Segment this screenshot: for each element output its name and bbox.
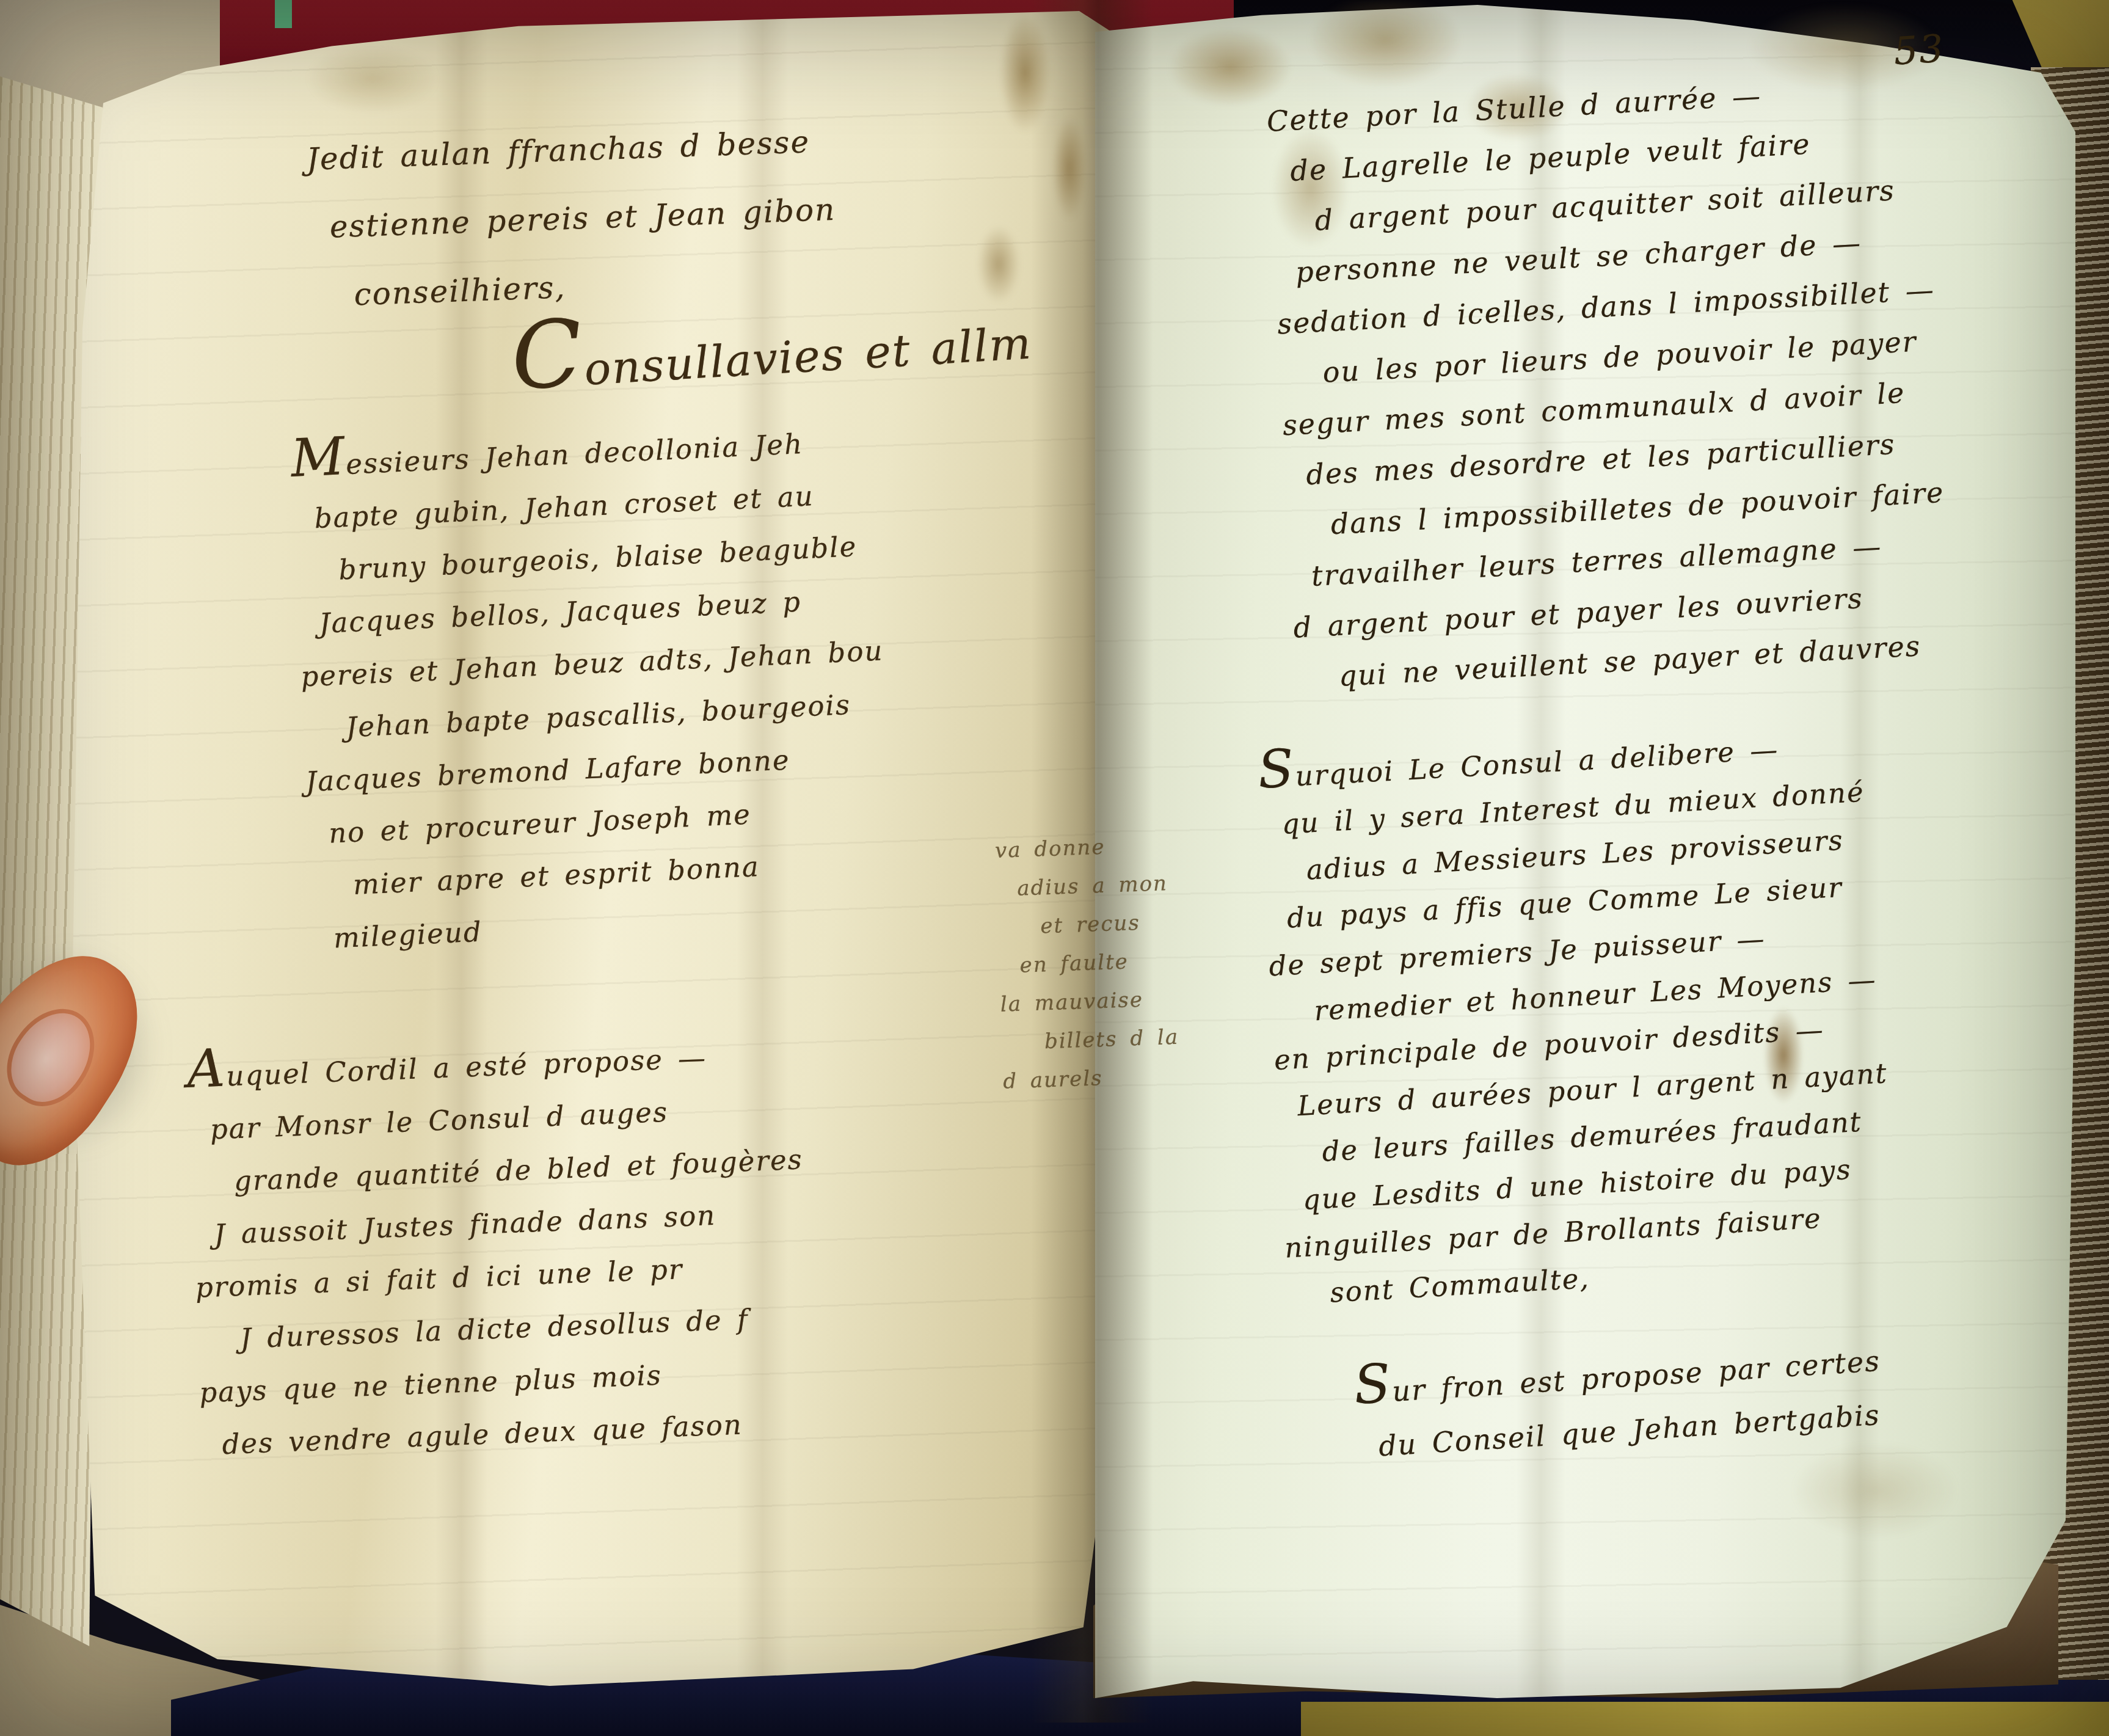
- manuscript-photo: Jedit aulan ffranchas d besseestienne pe…: [0, 0, 2109, 1736]
- right-page-report-paragraph: Cette por la Stulle d aurrée —de Lagrell…: [1266, 62, 1954, 704]
- gutter-marginal-notes: va donneadius a monet recusen faultela m…: [994, 826, 1181, 1101]
- thumb-nail: [0, 993, 112, 1121]
- gilt-strip-bottom: [1301, 1702, 2109, 1736]
- right-page-deliberation-paragraph: Surquoi Le Consul a delibere —qu il y se…: [1257, 718, 1900, 1318]
- left-page-intro-lines: Jedit aulan ffranchas d besseestienne pe…: [305, 107, 839, 330]
- left-page-proposal-paragraph: Auquel Cordil a esté propose —par Monsr …: [186, 1029, 814, 1472]
- left-page-council-list: Messieurs Jehan decollonia Jehbapte gubi…: [290, 415, 897, 966]
